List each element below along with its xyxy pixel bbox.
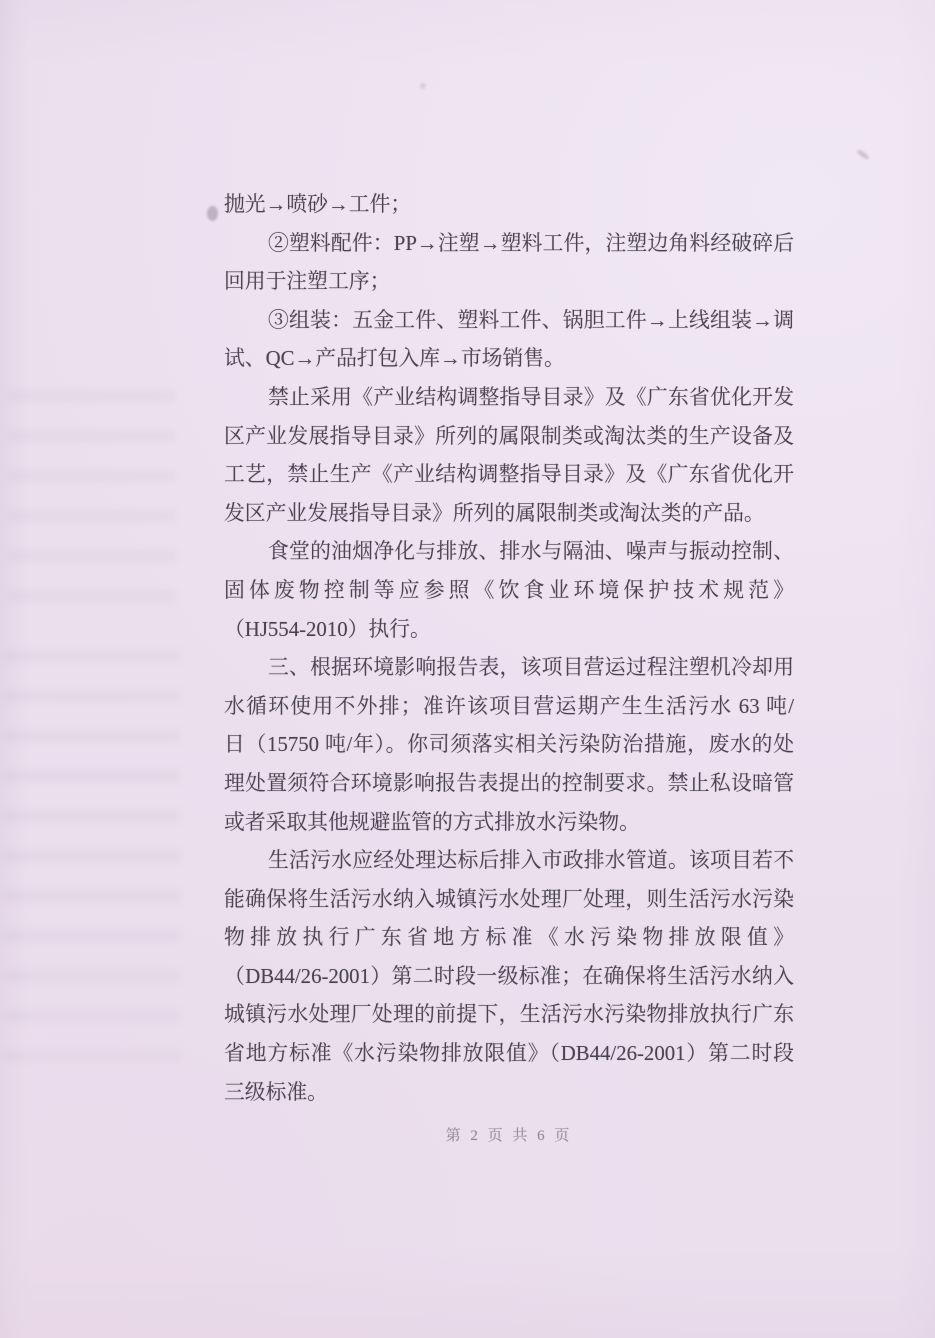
text-line: 城镇污水处理厂处理的前提下，生活污水污染物排放执行广东 <box>224 996 794 1035</box>
text-line: ③组装：五金工件、塑料工件、锅胆工件→上线组装→调 <box>224 302 794 341</box>
text-line: 区产业发展指导目录》所列的属限制类或淘汰类的生产设备及 <box>224 418 794 457</box>
scan-artifact <box>420 83 426 89</box>
text-line: 省地方标准《水污染物排放限值》（DB44/26-2001）第二时段 <box>224 1035 794 1074</box>
text-line: 或者采取其他规避监管的方式排放水污染物。 <box>224 804 794 843</box>
reverse-side-bleed-through <box>4 650 180 1085</box>
reverse-side-bleed-through <box>8 390 176 615</box>
text-line: 工艺，禁止生产《产业结构调整指导目录》及《广东省优化开 <box>224 456 794 495</box>
paragraph: ②塑料配件：PP→注塑→塑料工件，注塑边角料经破碎后 回用于注塑工序； <box>224 225 794 302</box>
text-line: 食堂的油烟净化与排放、排水与隔油、噪声与振动控制、 <box>224 533 794 572</box>
scan-artifact <box>856 148 870 160</box>
paragraph: 食堂的油烟净化与排放、排水与隔油、噪声与振动控制、 固体废物控制等应参照《饮食业… <box>224 533 794 649</box>
text-line: 三级标准。 <box>224 1074 794 1113</box>
text-line: 三、根据环境影响报告表，该项目营运过程注塑机冷却用 <box>224 649 794 688</box>
page-footer: 第 2 页 共 6 页 <box>224 1124 794 1145</box>
paragraph: 生活污水应经处理达标后排入市政排水管道。该项目若不 能确保将生活污水纳入城镇污水… <box>224 842 794 1112</box>
text-line: 水循环使用不外排；准许该项目营运期产生生活污水 63 吨/ <box>224 688 794 727</box>
text-line: （DB44/26-2001）第二时段一级标准；在确保将生活污水纳入 <box>224 958 794 997</box>
paragraph: 三、根据环境影响报告表，该项目营运过程注塑机冷却用 水循环使用不外排；准许该项目… <box>224 649 794 842</box>
text-line: 能确保将生活污水纳入城镇污水处理厂处理，则生活污水污染 <box>224 881 794 920</box>
paragraph: 禁止采用《产业结构调整指导目录》及《广东省优化开发 区产业发展指导目录》所列的属… <box>224 379 794 533</box>
text-line: （HJ554-2010）执行。 <box>224 611 794 650</box>
text-line: 日（15750 吨/年）。你司须落实相关污染防治措施，废水的处 <box>224 726 794 765</box>
text-line: 固体废物控制等应参照《饮食业环境保护技术规范》 <box>224 572 794 611</box>
text-line: 抛光→喷砂→工件； <box>224 186 794 225</box>
scanned-document-page: 抛光→喷砂→工件； ②塑料配件：PP→注塑→塑料工件，注塑边角料经破碎后 回用于… <box>0 0 935 1338</box>
text-line: 发区产业发展指导目录》所列的属限制类或淘汰类的产品。 <box>224 495 794 534</box>
text-line: ②塑料配件：PP→注塑→塑料工件，注塑边角料经破碎后 <box>224 225 794 264</box>
paragraph: ③组装：五金工件、塑料工件、锅胆工件→上线组装→调 试、QC→产品打包入库→市场… <box>224 302 794 379</box>
text-line: 理处置须符合环境影响报告表提出的控制要求。禁止私设暗管 <box>224 765 794 804</box>
text-line: 物排放执行广东省地方标准《水污染物排放限值》 <box>224 919 794 958</box>
text-line: 回用于注塑工序； <box>224 263 794 302</box>
text-column: 抛光→喷砂→工件； ②塑料配件：PP→注塑→塑料工件，注塑边角料经破碎后 回用于… <box>224 186 794 1112</box>
paragraph: 抛光→喷砂→工件； <box>224 186 794 225</box>
text-line: 禁止采用《产业结构调整指导目录》及《广东省优化开发 <box>224 379 794 418</box>
text-line: 生活污水应经处理达标后排入市政排水管道。该项目若不 <box>224 842 794 881</box>
ink-speck <box>207 206 218 221</box>
text-line: 试、QC→产品打包入库→市场销售。 <box>224 340 794 379</box>
